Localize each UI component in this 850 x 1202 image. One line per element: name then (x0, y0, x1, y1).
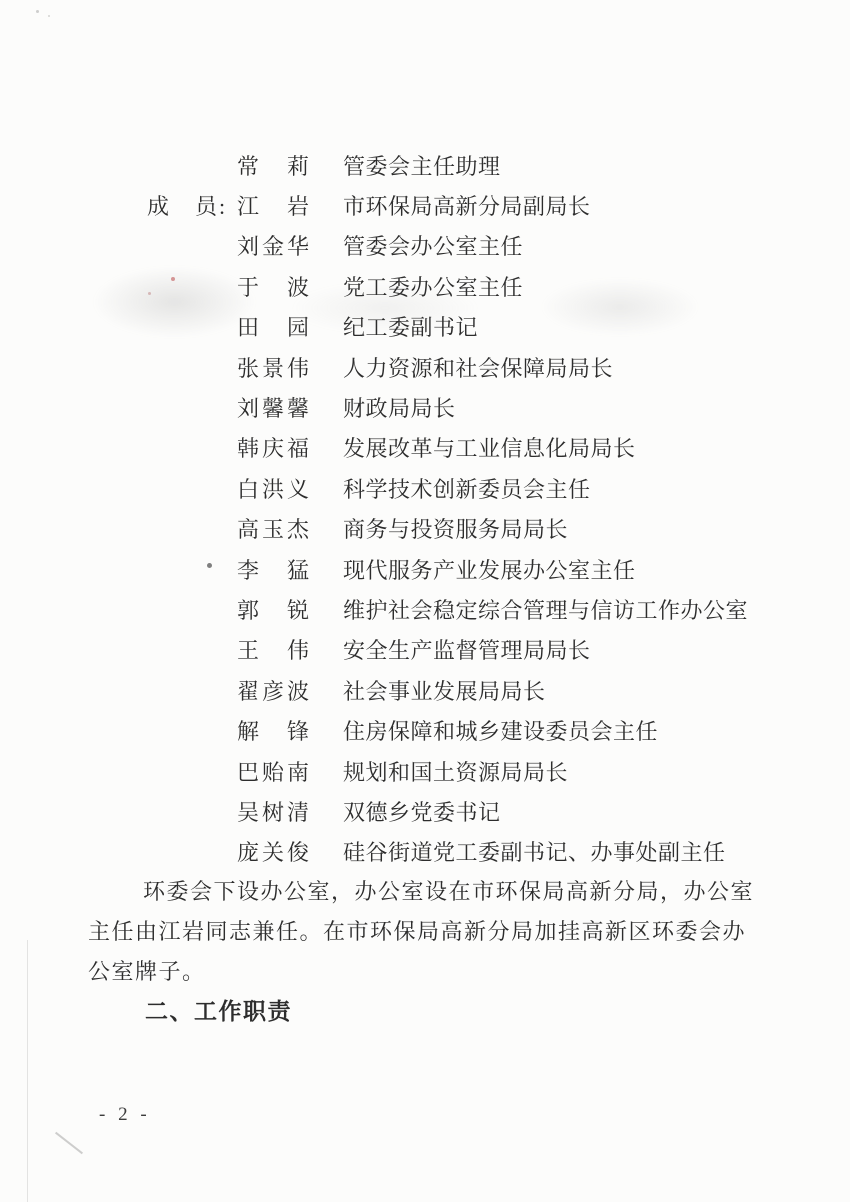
roster-row: 李 猛 现代服务产业发展办公室主任 (147, 549, 748, 589)
member-name: 于 波 (237, 271, 343, 302)
roster-row: 庞关俊 硅谷街道党工委副书记、办事处副主任 (147, 832, 748, 872)
roster-row: 王 伟 安全生产监督管理局局长 (147, 630, 748, 670)
member-name: 郭 锐 (237, 594, 343, 625)
member-name: 白洪义 (237, 473, 343, 504)
member-name: 翟彦波 (237, 675, 343, 706)
roster-row: 白洪义 科学技术创新委员会主任 (147, 468, 748, 508)
roster-row: 郭 锐 维护社会稳定综合管理与信访工作办公室 (147, 589, 748, 629)
roster-row: 张景伟 人力资源和社会保障局局长 (147, 347, 748, 387)
member-name: 李 猛 (237, 554, 343, 585)
office-setup-paragraph: 环委会下设办公室，办公室设在市环保局高新分局，办公室 主任由江岩同志兼任。在市环… (88, 872, 778, 992)
member-roster: 常 莉 管委会主任助理 成 员: 江 岩 市环保局高新分局副局长 刘金华 管委会… (147, 145, 748, 872)
member-title: 纪工委副书记 (343, 311, 478, 342)
member-title: 市环保局高新分局副局长 (343, 190, 591, 221)
member-name: 刘金华 (237, 230, 343, 261)
member-name: 韩庆福 (237, 432, 343, 463)
roster-row: 刘馨馨 财政局局长 (147, 387, 748, 427)
member-name: 王 伟 (237, 634, 343, 665)
member-title: 党工委办公室主任 (343, 271, 523, 302)
paragraph-line: 主任由江岩同志兼任。在市环保局高新分局加挂高新区环委会办 (88, 912, 778, 952)
member-title: 发展改革与工业信息化局局长 (343, 432, 636, 463)
scanned-document-page: 常 莉 管委会主任助理 成 员: 江 岩 市环保局高新分局副局长 刘金华 管委会… (0, 0, 850, 1202)
member-title: 科学技术创新委员会主任 (343, 473, 591, 504)
member-title: 管委会办公室主任 (343, 230, 523, 261)
page-number: - 2 - (99, 1104, 151, 1126)
member-name: 巴贻南 (237, 756, 343, 787)
paragraph-line: 环委会下设办公室，办公室设在市环保局高新分局，办公室 (88, 872, 778, 912)
roster-row: 翟彦波 社会事业发展局局长 (147, 670, 748, 710)
member-title: 商务与投资服务局局长 (343, 513, 568, 544)
roster-row: 成 员: 江 岩 市环保局高新分局副局长 (147, 185, 748, 225)
member-name: 高玉杰 (237, 513, 343, 544)
member-title: 人力资源和社会保障局局长 (343, 352, 613, 383)
member-name: 江 岩 (237, 190, 343, 221)
member-name: 庞关俊 (237, 836, 343, 867)
scan-corner-mark (55, 1132, 83, 1155)
roster-row: 刘金华 管委会办公室主任 (147, 226, 748, 266)
paragraph-line: 公室牌子。 (88, 952, 778, 992)
member-title: 硅谷街道党工委副书记、办事处副主任 (343, 836, 726, 867)
member-name: 田 园 (237, 311, 343, 342)
member-name: 张景伟 (237, 352, 343, 383)
member-title: 住房保障和城乡建设委员会主任 (343, 715, 658, 746)
member-title: 社会事业发展局局长 (343, 675, 546, 706)
roster-row: 常 莉 管委会主任助理 (147, 145, 748, 185)
scan-edge-shade (27, 940, 28, 1202)
member-title: 双德乡党委书记 (343, 796, 501, 827)
member-name: 常 莉 (237, 150, 343, 181)
member-title: 维护社会稳定综合管理与信访工作办公室 (343, 594, 748, 625)
roster-row: 韩庆福 发展改革与工业信息化局局长 (147, 428, 748, 468)
member-title: 管委会主任助理 (343, 150, 501, 181)
member-title: 财政局局长 (343, 392, 456, 423)
roster-row-label: 成 员: (147, 190, 237, 221)
roster-row: 吴树清 双德乡党委书记 (147, 791, 748, 831)
member-name: 刘馨馨 (237, 392, 343, 423)
scan-speck (48, 15, 50, 17)
roster-row: 田 园 纪工委副书记 (147, 307, 748, 347)
member-title: 规划和国土资源局局长 (343, 756, 568, 787)
roster-row: 巴贻南 规划和国土资源局局长 (147, 751, 748, 791)
member-name: 吴树清 (237, 796, 343, 827)
scan-speck (36, 10, 39, 13)
member-title: 安全生产监督管理局局长 (343, 634, 591, 665)
member-name: 解 锋 (237, 715, 343, 746)
member-title: 现代服务产业发展办公室主任 (343, 554, 636, 585)
roster-row: 解 锋 住房保障和城乡建设委员会主任 (147, 710, 748, 750)
roster-row: 于 波 党工委办公室主任 (147, 266, 748, 306)
section-heading: 二、工作职责 (145, 992, 292, 1032)
roster-row: 高玉杰 商务与投资服务局局长 (147, 509, 748, 549)
